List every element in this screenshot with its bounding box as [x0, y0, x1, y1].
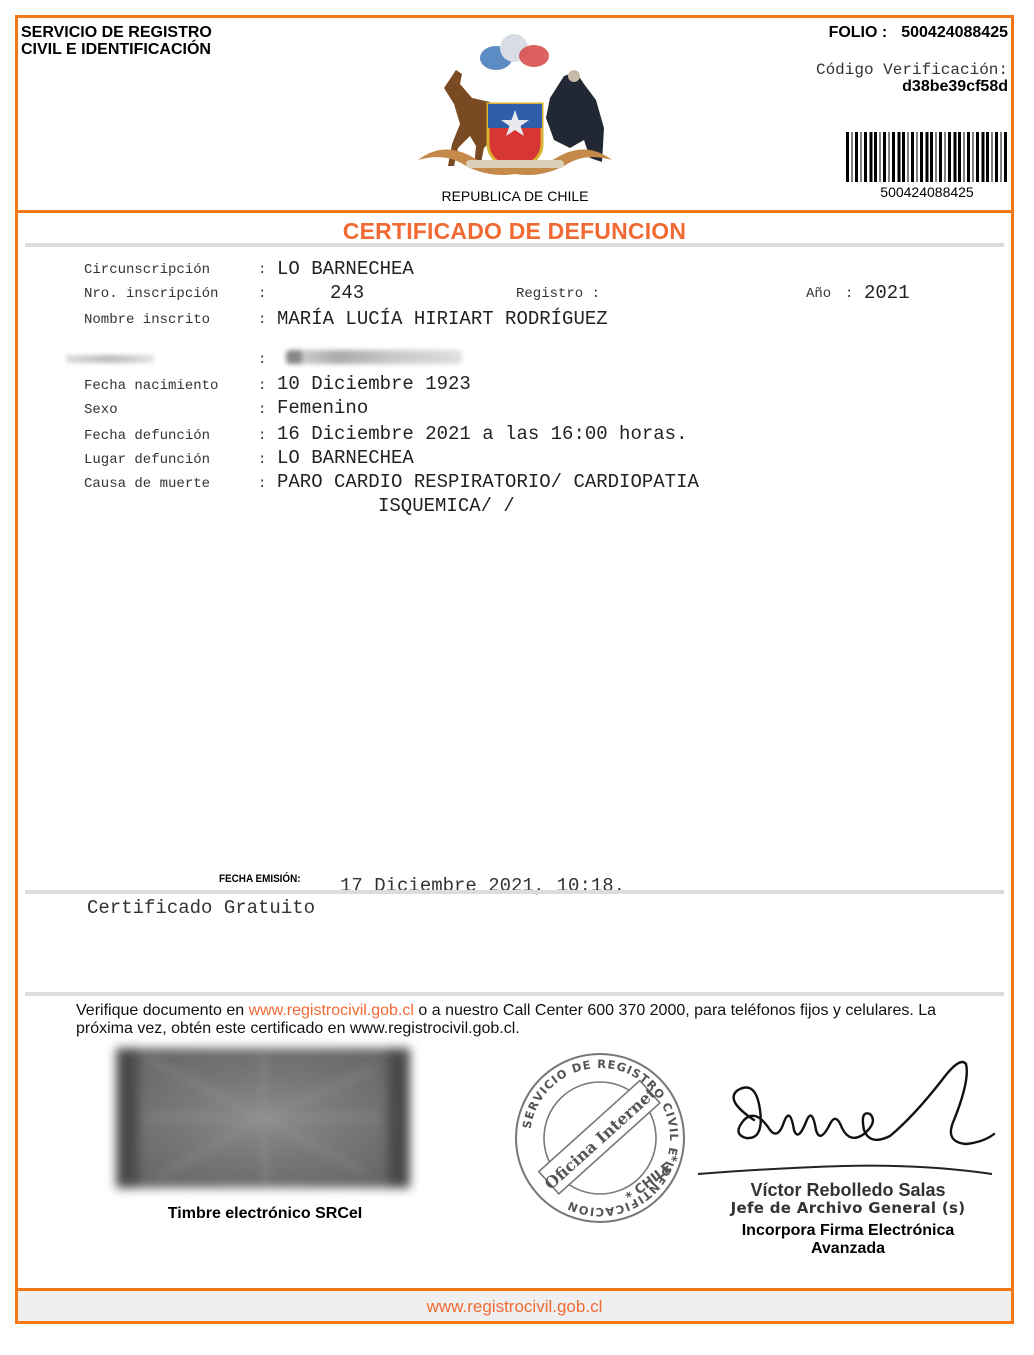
- footer-divider: [15, 1288, 1014, 1291]
- label-fecha-defuncion: Fecha defunción: [84, 428, 210, 444]
- barcode-number: 500424088425: [846, 184, 1008, 200]
- official-seal-icon: SERVICIO DE REGISTRO CIVIL E IDENTIFICAC…: [512, 1052, 688, 1224]
- value-fecha-defuncion: 16 Diciembre 2021 a las 16:00 horas.: [277, 423, 687, 445]
- signer-role: Jefe de Archivo General (s): [694, 1199, 1002, 1217]
- agency-line-1: SERVICIO DE REGISTRO: [21, 24, 212, 41]
- title-divider: [25, 243, 1004, 247]
- certificado-gratuito: Certificado Gratuito: [87, 897, 315, 919]
- signer-name: Víctor Rebolledo Salas: [694, 1180, 1002, 1201]
- value-lugar-defuncion: LO BARNECHEA: [277, 447, 414, 469]
- redacted-label: [66, 355, 154, 363]
- colon: :: [258, 402, 266, 418]
- agency-line-2: CIVIL E IDENTIFICACIÓN: [21, 41, 212, 58]
- colon: :: [258, 262, 266, 278]
- colon: :: [258, 452, 266, 468]
- folio-label: FOLIO :: [829, 24, 888, 41]
- electronic-signature-note: Incorpora Firma Electrónica Avanzada: [694, 1222, 1002, 1258]
- label-nombre-inscrito: Nombre inscrito: [84, 312, 210, 328]
- footer-url-link[interactable]: www.registrocivil.gob.cl: [18, 1297, 1011, 1317]
- label-sexo: Sexo: [84, 402, 118, 418]
- note-line-2: Avanzada: [694, 1240, 1002, 1258]
- label-lugar-defuncion: Lugar defunción: [84, 452, 210, 468]
- redacted-value: [286, 350, 462, 364]
- value-nro-inscripcion: 243: [330, 282, 364, 304]
- colon: :: [258, 476, 266, 492]
- value-nombre-inscrito: MARÍA LUCÍA HIRIART RODRÍGUEZ: [277, 308, 608, 330]
- fecha-emision-label: FECHA EMISIÓN:: [219, 873, 301, 885]
- label-anio: Año: [806, 286, 831, 302]
- colon: :: [258, 378, 266, 394]
- folio: FOLIO :500424088425: [829, 24, 1008, 42]
- coat-of-arms-icon: [414, 28, 616, 178]
- certificate-title: CERTIFICADO DE DEFUNCION: [15, 218, 1014, 245]
- emission-divider: [25, 890, 1004, 894]
- folio-number: 500424088425: [901, 24, 1008, 41]
- coat-of-arms-caption: REPUBLICA DE CHILE: [414, 188, 616, 204]
- registro-civil-link[interactable]: www.registrocivil.gob.cl: [249, 1002, 414, 1019]
- notice-divider: [25, 992, 1004, 996]
- label-fecha-nacimiento: Fecha nacimiento: [84, 378, 218, 394]
- timbre-label: Timbre electrónico SRCeI: [100, 1205, 430, 1223]
- value-anio: 2021: [864, 282, 910, 304]
- barcode-icon: [846, 132, 1008, 182]
- label-registro: Registro :: [516, 286, 600, 302]
- label-causa-muerte: Causa de muerte: [84, 476, 210, 492]
- note-line-1: Incorpora Firma Electrónica: [694, 1222, 1002, 1240]
- electronic-stamp-icon: [116, 1048, 410, 1188]
- value-causa-muerte-line1: PARO CARDIO RESPIRATORIO/ CARDIOPATIA: [277, 471, 699, 493]
- verification-label: Código Verificación:: [816, 61, 1008, 79]
- verification-notice: Verifique documento en www.registrocivil…: [76, 1002, 996, 1038]
- colon: :: [845, 286, 853, 302]
- label-nro-inscripcion: Nro. inscripción: [84, 286, 218, 302]
- agency-name: SERVICIO DE REGISTRO CIVIL E IDENTIFICAC…: [21, 24, 212, 58]
- signature-icon: [694, 1050, 996, 1180]
- label-circunscripcion: Circunscripción: [84, 262, 210, 278]
- value-sexo: Femenino: [277, 397, 368, 419]
- colon: :: [258, 428, 266, 444]
- value-causa-muerte-line2: ISQUEMICA/ /: [378, 495, 515, 517]
- colon: :: [258, 286, 266, 302]
- verification-code: d38be39cf58d: [902, 78, 1008, 96]
- colon: :: [258, 352, 266, 368]
- notice-text-before: Verifique documento en: [76, 1002, 249, 1019]
- value-fecha-nacimiento: 10 Diciembre 1923: [277, 373, 471, 395]
- header-divider: [15, 210, 1014, 213]
- colon: :: [258, 312, 266, 328]
- svg-text:* CHILE *: * CHILE *: [623, 1153, 684, 1205]
- value-circunscripcion: LO BARNECHEA: [277, 258, 414, 280]
